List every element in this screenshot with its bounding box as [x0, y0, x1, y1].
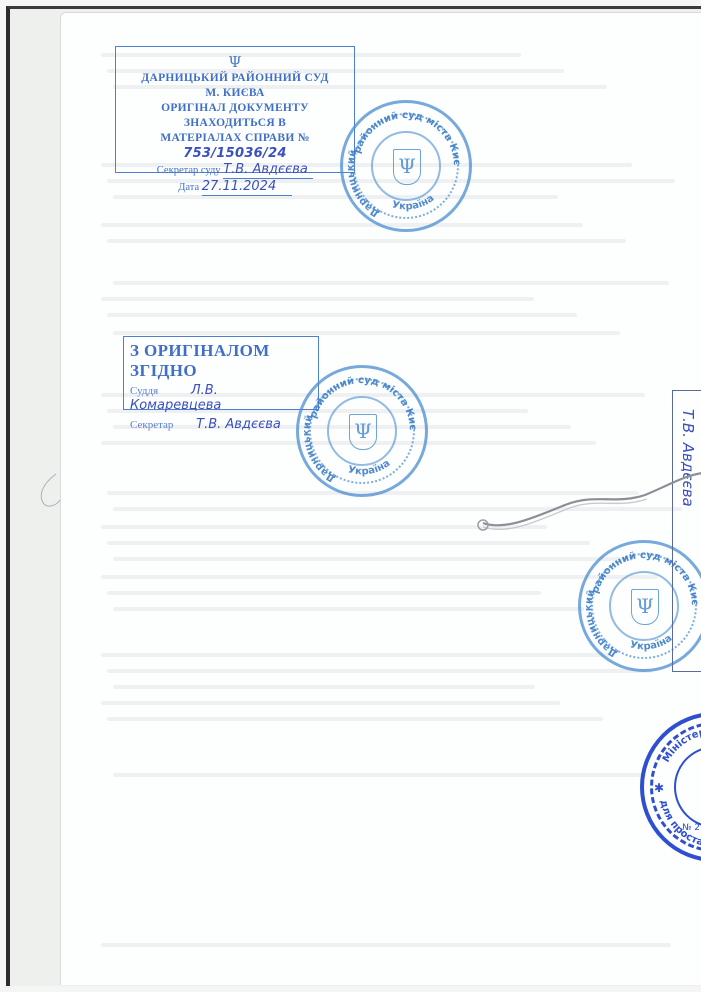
svg-text:районний суд міста Києва: районний суд міста Києва — [340, 100, 462, 166]
ministry-seal: Міністерство для простав № 2 ✱ — [640, 712, 701, 862]
svg-text:Дарницький: Дарницький — [584, 589, 620, 659]
margin-mark — [36, 470, 66, 510]
statement-line-2: МАТЕРІАЛАХ СПРАВИ № 753/15036/24 — [116, 131, 354, 162]
date-value: 27.11.2024 — [202, 179, 292, 196]
original-location-stamp: Ψ ДАРНИЦЬКИЙ РАЙОННИЙ СУД М. КИЄВА ОРИГІ… — [115, 46, 355, 173]
court-seal: районний суд міста КиєваДарницькийУкраїн… — [340, 100, 472, 232]
secretary-row: Секретар Т.В. Авдєєва — [124, 415, 318, 434]
svg-text:Україна: Україна — [347, 458, 393, 478]
case-number: 753/15036/24 — [183, 146, 287, 161]
trident-icon: Ψ — [116, 53, 354, 71]
binding-thread — [475, 465, 701, 535]
court-seal: районний суд міста КиєваДарницькийУкраїн… — [296, 365, 428, 497]
svg-text:Дарницький: Дарницький — [346, 149, 382, 219]
judge-row: Суддя Л.В. Комаревцева — [124, 381, 318, 415]
court-name: ДАРНИЦЬКИЙ РАЙОННИЙ СУД — [116, 71, 354, 86]
statement-line-1: ОРИГІНАЛ ДОКУМЕНТУ ЗНАХОДИТЬСЯ В — [116, 101, 354, 131]
date-row: Дата 27.11.2024 — [116, 179, 354, 196]
court-city: М. КИЄВА — [116, 86, 354, 101]
svg-text:№ 2: № 2 — [682, 823, 700, 833]
svg-text:Дарницький: Дарницький — [302, 414, 338, 484]
certified-copy-stamp: З ОРИГІНАЛОМ ЗГІДНО Суддя Л.В. Комаревце… — [123, 336, 319, 410]
secretary-signature: Т.В. Авдєєва — [223, 162, 313, 179]
secretary-signature: Т.В. Авдєєва — [196, 417, 281, 432]
certified-title: З ОРИГІНАЛОМ ЗГІДНО — [124, 337, 318, 381]
svg-text:Україна: Україна — [391, 193, 437, 213]
svg-text:Міністерство: Міністерство — [661, 726, 701, 764]
svg-text:Україна: Україна — [629, 633, 675, 653]
svg-text:районний суд міста Києва: районний суд міста Києва — [296, 365, 418, 431]
svg-text:✱: ✱ — [654, 781, 664, 795]
secretary-row: Секретар суду Т.В. Авдєєва — [116, 162, 354, 179]
